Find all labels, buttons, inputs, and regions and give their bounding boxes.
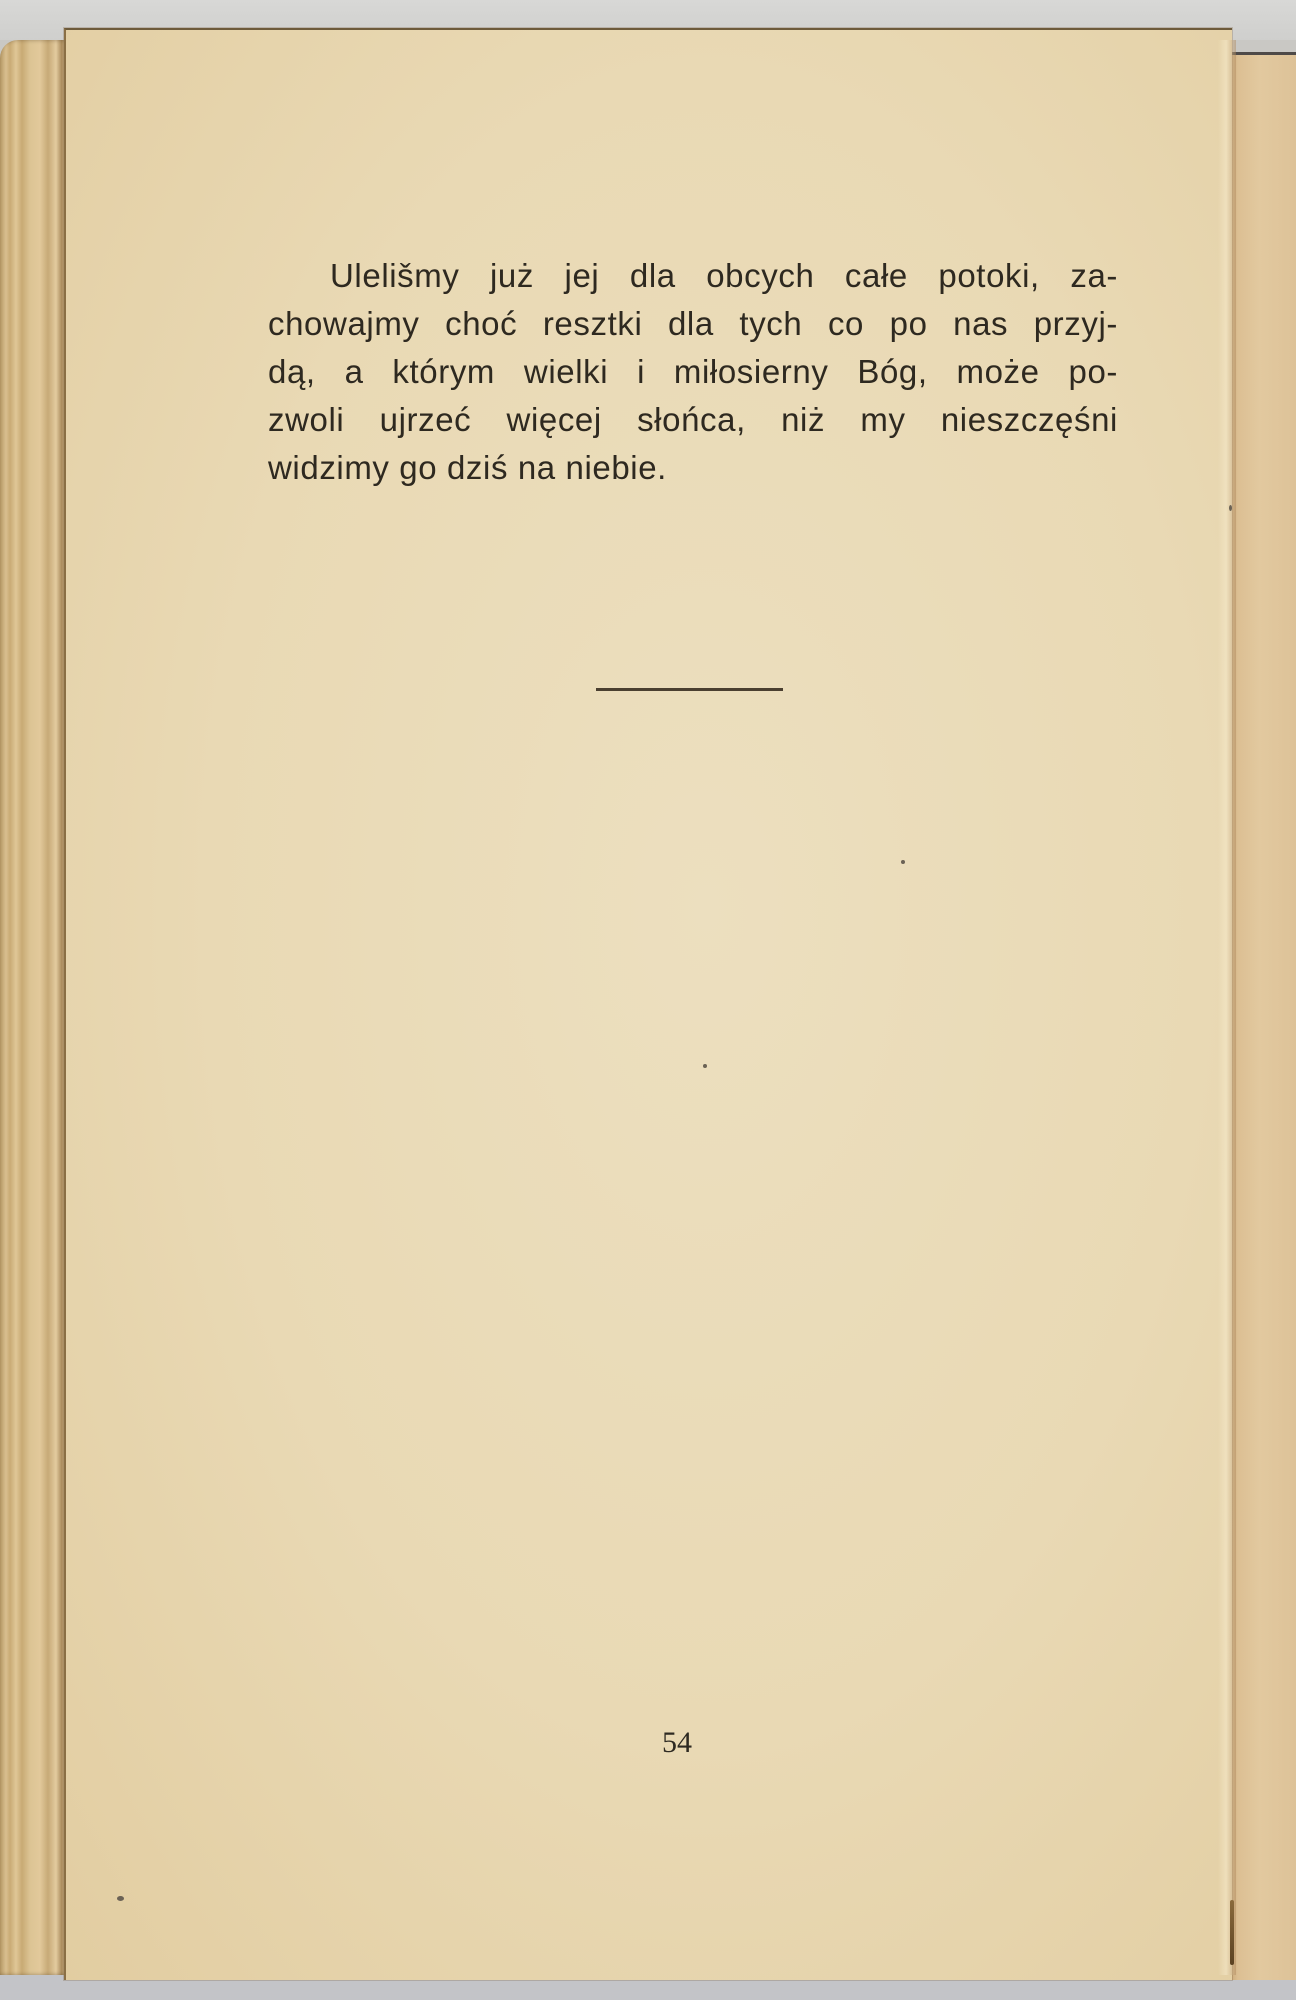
page-tear-mark	[1230, 1900, 1234, 1965]
page-fold-shadow	[1218, 40, 1236, 1975]
text-line-4: zwoli ujrzeć więcej słońca, niż my niesz…	[268, 396, 1118, 444]
paper-speck	[703, 1064, 707, 1068]
text-line-2: chowajmy choć resztki dla tych co po nas…	[268, 300, 1118, 348]
page-number: 54	[650, 1726, 704, 1760]
text-line-5: widzimy go dziś na niebie.	[268, 444, 1118, 492]
paper-speck	[901, 860, 905, 864]
paper-speck	[1229, 505, 1232, 511]
paper-speck	[117, 1896, 124, 1901]
text-line-3: dą, a którym wielki i miłosierny Bóg, mo…	[268, 348, 1118, 396]
paragraph: Ulelišmy już jej dla obcych całe potoki,…	[268, 252, 1118, 492]
section-divider-rule	[596, 688, 783, 691]
text-line-1: Ulelišmy już jej dla obcych całe potoki,…	[268, 252, 1118, 300]
facing-page-edge	[1230, 52, 1296, 1980]
page-stack-edges	[0, 40, 70, 1975]
